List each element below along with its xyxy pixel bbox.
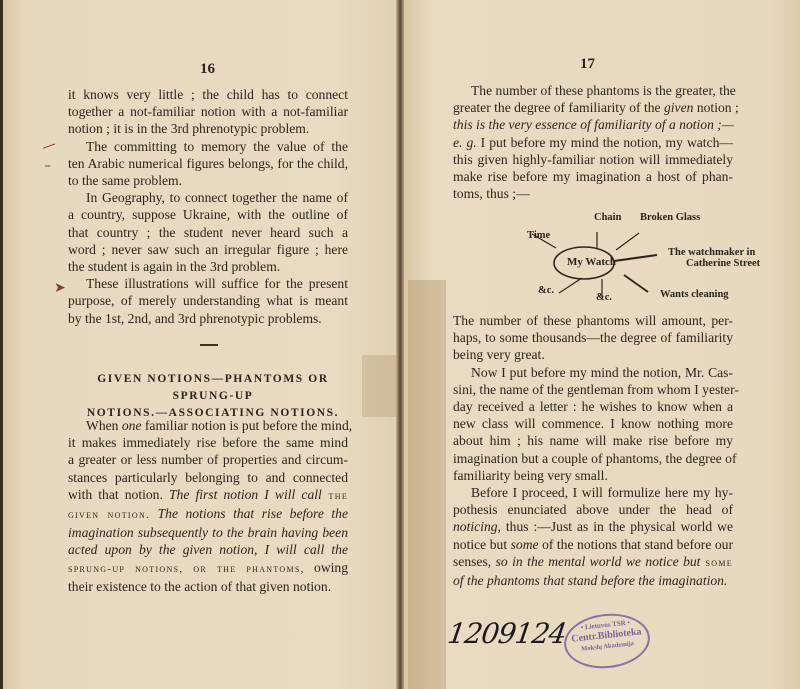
text-line: this is the very essence of familiarity … bbox=[453, 116, 733, 133]
book-spread: 16 it knows very little ; the child has … bbox=[0, 0, 800, 689]
text-line: In Geography, to connect together the na… bbox=[68, 189, 348, 206]
small-caps-text: the bbox=[322, 490, 348, 502]
text-line: imagination subsequently to the brain ha… bbox=[68, 524, 348, 541]
text-run: stances particularly belonging to and co… bbox=[68, 470, 348, 485]
text-line: imagination but a couple of phantoms, th… bbox=[453, 450, 733, 467]
paragraph: These illustrations will suffice for the… bbox=[68, 275, 348, 327]
paragraph: it knows very little ; the child has to … bbox=[68, 86, 348, 138]
small-caps-text: sprung-up notions, or the phantoms, bbox=[68, 563, 305, 575]
page-number-right: 17 bbox=[580, 56, 595, 73]
section-heading-line: GIVEN NOTIONS—PHANTOMS OR SPRUNG-UP bbox=[68, 371, 358, 405]
text-run: a greater or less number of properties a… bbox=[68, 452, 348, 467]
diagram-label-catherine-street: Catherine Street bbox=[686, 258, 760, 269]
text-line: toms, thus ;— bbox=[453, 185, 733, 202]
italic-text: imagination subsequently to the brain ha… bbox=[68, 525, 348, 540]
italic-text: acted upon by the given notion, I will c… bbox=[68, 542, 348, 557]
text-line: it knows very little ; the child has to … bbox=[68, 86, 348, 103]
text-run: notice but bbox=[453, 537, 511, 552]
right-page-intro: The number of these phantoms is the grea… bbox=[453, 82, 733, 202]
text-line: about him ; his name will make rise befo… bbox=[453, 432, 733, 449]
text-line: given notion. The notions that rise befo… bbox=[68, 505, 348, 524]
text-line: senses, so in the mental world we notice… bbox=[453, 553, 733, 572]
handwritten-catalog-number: 1209124 bbox=[446, 617, 568, 650]
text-line: their existence to the action of that gi… bbox=[68, 578, 348, 595]
text-line: being very great. bbox=[453, 346, 733, 363]
text-line: this given highly-familiar notion will i… bbox=[453, 151, 733, 168]
text-line: The number of these phantoms is the grea… bbox=[453, 82, 733, 99]
diagram-label-wants-cleaning: Wants cleaning bbox=[660, 289, 729, 300]
left-page-text: it knows very little ; the child has to … bbox=[68, 86, 348, 327]
tape-stain bbox=[408, 280, 446, 689]
italic-text: The first notion I will call bbox=[169, 487, 322, 502]
text-line: with that notion. The first notion I wil… bbox=[68, 486, 348, 505]
text-line: to the same problem. bbox=[68, 172, 348, 189]
text-run: it makes immediately rise before the sam… bbox=[68, 435, 348, 450]
italic-text: one bbox=[122, 418, 142, 433]
text-run: their existence to the action of that gi… bbox=[68, 579, 331, 594]
text-run: of the notions that stand before our bbox=[539, 537, 733, 552]
paragraph: The number of these phantoms will amount… bbox=[453, 312, 733, 364]
text-run: owing bbox=[305, 560, 348, 575]
text-line: greater the degree of familiarity of the… bbox=[453, 99, 733, 116]
diagram-center-label: My Watch bbox=[567, 256, 616, 268]
text-run: familiar notion is put before the mind, bbox=[142, 418, 353, 433]
tape-stain bbox=[362, 355, 397, 417]
paragraph: Now I put before my mind the notion, Mr.… bbox=[453, 364, 733, 484]
page-number-left: 16 bbox=[200, 61, 215, 78]
text-line: acted upon by the given notion, I will c… bbox=[68, 541, 348, 558]
text-line: The committing to memory the value of th… bbox=[68, 138, 348, 155]
text-line: e. g. I put before my mind the notion, m… bbox=[453, 134, 733, 151]
italic-text: noticing, bbox=[453, 519, 501, 534]
small-caps-text: given notion. bbox=[68, 509, 150, 521]
small-caps-text: some bbox=[700, 557, 733, 569]
text-line: that country ; the student never heard s… bbox=[68, 224, 348, 241]
text-run: toms, thus ;— bbox=[453, 186, 530, 201]
book-gutter bbox=[396, 0, 404, 689]
text-run: notion ; bbox=[693, 100, 738, 115]
text-line: day received a letter : he wishes to kno… bbox=[453, 398, 733, 415]
watch-association-diagram: Time Chain Broken Glass The watchmaker i… bbox=[500, 205, 780, 305]
text-run: Before I proceed, I will formulize here … bbox=[471, 485, 733, 500]
text-run: pothesis enunciated above under the head… bbox=[453, 502, 733, 517]
text-run: thus :—Just as in the physical world we bbox=[501, 519, 733, 534]
diagram-label-watchmaker: The watchmaker in bbox=[668, 247, 755, 258]
diagram-label-broken-glass: Broken Glass bbox=[640, 212, 700, 223]
paragraph: The committing to memory the value of th… bbox=[68, 138, 348, 190]
text-line: Now I put before my mind the notion, Mr.… bbox=[453, 364, 733, 381]
italic-text: of the phantoms that stand before the im… bbox=[453, 573, 727, 588]
text-run: When bbox=[86, 418, 122, 433]
text-line: purpose, of merely understanding what is… bbox=[68, 292, 348, 309]
text-line: together a not-familiar notion with a no… bbox=[68, 103, 348, 120]
text-line: word ; never saw such an irregular figur… bbox=[68, 241, 348, 258]
diagram-label-etc: &c. bbox=[596, 292, 612, 303]
paragraph: In Geography, to connect together the na… bbox=[68, 189, 348, 275]
text-line: sini, the name of the gentleman from who… bbox=[453, 381, 733, 398]
text-line: pothesis enunciated above under the head… bbox=[453, 501, 733, 518]
text-run: I put before my mind the notion, my watc… bbox=[477, 135, 733, 150]
text-line: the student is again in the 3rd problem. bbox=[68, 258, 348, 275]
text-run: with that notion. bbox=[68, 487, 169, 502]
text-line: it makes immediately rise before the sam… bbox=[68, 434, 348, 451]
text-run: make rise before my imagination a host o… bbox=[453, 169, 733, 184]
text-line: When one familiar notion is put before t… bbox=[68, 417, 348, 434]
text-line: notice but some of the notions that stan… bbox=[453, 536, 733, 553]
italic-text: The notions that rise before the bbox=[150, 506, 348, 521]
text-line: make rise before my imagination a host o… bbox=[453, 168, 733, 185]
right-page-paragraphs: The number of these phantoms will amount… bbox=[453, 312, 733, 484]
annotation-mark: – bbox=[44, 158, 51, 174]
diagram-label-time: Time bbox=[527, 230, 550, 241]
text-line: by the 1st, 2nd, and 3rd phrenotypic pro… bbox=[68, 310, 348, 327]
text-line: The number of these phantoms will amount… bbox=[453, 312, 733, 329]
section-paragraph: When one familiar notion is put before t… bbox=[68, 417, 348, 595]
annotation-arrow: ➤ bbox=[54, 280, 66, 296]
text-run: The number of these phantoms is the grea… bbox=[471, 83, 736, 98]
text-line: sprung-up notions, or the phantoms, owin… bbox=[68, 559, 348, 578]
section-divider bbox=[200, 344, 218, 346]
text-line: stances particularly belonging to and co… bbox=[68, 469, 348, 486]
italic-text: e. g. bbox=[453, 135, 477, 150]
text-line: noticing, thus :—Just as in the physical… bbox=[453, 518, 733, 535]
text-line: haps, to some thousands—the degree of fa… bbox=[453, 329, 733, 346]
text-line: notion ; it is in the 3rd phrenotypic pr… bbox=[68, 120, 348, 137]
hypothesis-paragraph: Before I proceed, I will formulize here … bbox=[453, 484, 733, 589]
text-line: Before I proceed, I will formulize here … bbox=[453, 484, 733, 501]
text-run: senses, bbox=[453, 554, 496, 569]
text-line: These illustrations will suffice for the… bbox=[68, 275, 348, 292]
diagram-label-chain: Chain bbox=[594, 212, 621, 223]
italic-text: this is the very essence of familiarity … bbox=[453, 117, 734, 132]
text-line: ten Arabic numerical figures belongs, fo… bbox=[68, 155, 348, 172]
text-line: new class will commence. I know nothing … bbox=[453, 415, 733, 432]
italic-text: some bbox=[511, 537, 539, 552]
text-line: of the phantoms that stand before the im… bbox=[453, 572, 733, 589]
text-run: greater the degree of familiarity of the bbox=[453, 100, 664, 115]
text-line: a country, suppose Ukraine, with the out… bbox=[68, 206, 348, 223]
italic-text: so in the mental world we notice but bbox=[496, 554, 701, 569]
text-line: a greater or less number of properties a… bbox=[68, 451, 348, 468]
text-line: familiarity being very small. bbox=[453, 467, 733, 484]
text-run: this given highly-familiar notion will i… bbox=[453, 152, 733, 167]
diagram-label-etc: &c. bbox=[538, 285, 554, 296]
section-heading: GIVEN NOTIONS—PHANTOMS OR SPRUNG-UP NOTI… bbox=[68, 371, 358, 422]
italic-text: given bbox=[664, 100, 693, 115]
